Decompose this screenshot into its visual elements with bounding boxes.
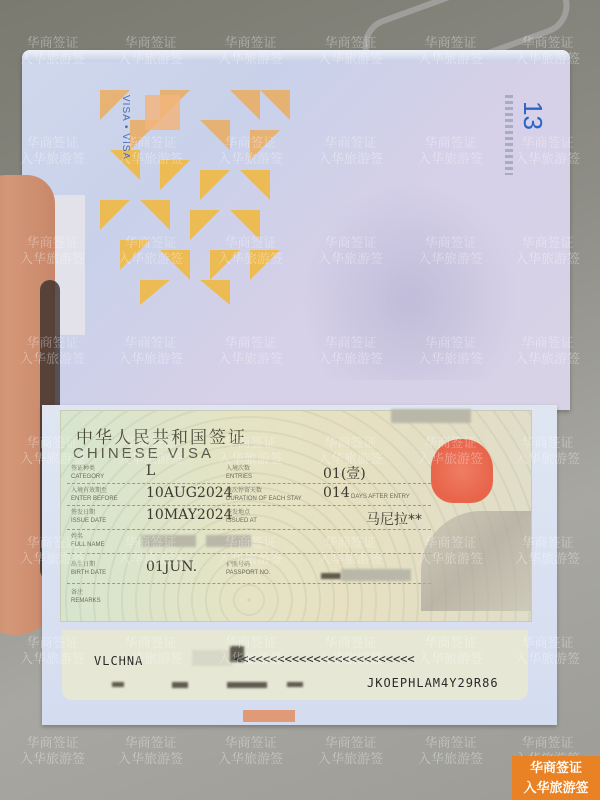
visa-sticker: 中华人民共和国签证 CHINESE VISA 签证种类CATEGORY L 入境… [60,410,532,622]
redacted-mrz [172,682,188,688]
watermark-text: 华商签证入华旅游签 [318,736,383,768]
redacted-visa-number [391,409,471,423]
mountain-print [300,180,520,380]
badge-line1: 华商签证 [512,759,600,779]
issue-date-value: 10MAY2024 [146,507,233,523]
full-name-label: 姓名FULL NAME [71,533,104,549]
row-divider [67,529,431,530]
brand-badge: 华商签证 入华旅游签 [512,756,600,800]
entries-value: 01(壹) [323,463,366,483]
issued-at-label: 签发地点ISSUED AT [226,509,257,525]
passport-no-label: 护照号码PASSPORT NO. [226,561,270,577]
page-edge [22,50,570,62]
redacted-mrz [287,682,303,687]
badge-line2: 入华旅游签 [512,779,600,799]
emblem-area [391,411,531,621]
birth-date-value: 01JUN. [146,559,197,575]
birth-date-label: 出生日期BIRTH DATE [71,561,106,577]
national-emblem-icon [431,439,493,503]
enter-before-label: 入境有效期至ENTER BEFORE [71,487,118,503]
visa-title-en: CHINESE VISA [73,445,214,462]
enter-before-value: 10AUG2024 [146,485,233,501]
category-label: 签证种类CATEGORY [71,465,104,481]
mrz-line1-fill: <<<<<<<<<<<<<<<<<<<<<<<<< [234,652,415,666]
remarks-label: 备注REMARKS [71,589,101,605]
mrz-line1-prefix: VLCHNA [94,654,143,668]
mrz-line2-suffix: JKOEPHLAM4Y29R86 [367,676,499,690]
redacted-mrz [192,650,232,666]
watermark-text: 华商签证入华旅游签 [418,736,483,768]
issue-date-label: 签发日期ISSUE DATE [71,509,106,525]
page-number-microtext [505,95,513,175]
entries-label: 入境次数ENTRIES [226,465,252,481]
duration-value: 014 [323,485,350,501]
row-divider [67,583,431,584]
redacted-name [206,535,251,547]
duration-label: 每次停留天数DURATION OF EACH STAY [226,487,302,503]
redacted-name [141,535,196,547]
redacted-passport-no [321,573,341,579]
redacted-mrz [112,682,124,687]
page-print-strip [243,710,295,722]
watermark-text: 华商签证入华旅游签 [218,736,283,768]
category-value: L [146,463,155,479]
row-divider [67,553,431,554]
redacted-mrz [227,682,267,688]
great-wall-image [421,511,531,611]
page-number: 13 [517,101,548,130]
machine-readable-zone: VLCHNA <<<<<<<<<<<<<<<<<<<<<<<<< JKOEPHL… [62,630,528,700]
row-divider [67,483,431,484]
watermark-text: 华商签证入华旅游签 [118,736,183,768]
watermark-text: 华商签证入华旅游签 [20,736,85,768]
vertical-visa-text: VISA • VISA [120,95,131,160]
row-divider [67,505,431,506]
